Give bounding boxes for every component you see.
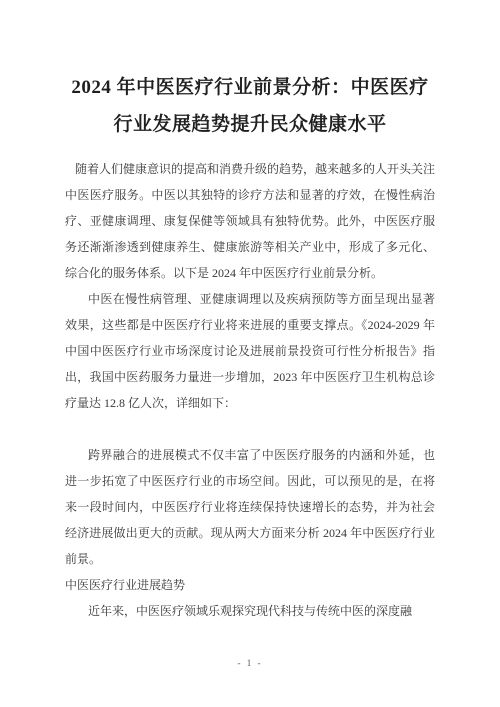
page-title: 2024 年中医医疗行业前景分析：中医医疗 行业发展趋势提升民众健康水平 bbox=[65, 69, 435, 143]
page-title-line-2: 行业发展趋势提升民众健康水平 bbox=[113, 114, 386, 135]
paragraph: 近年来，中医医疗领域乐观探究现代科技与传统中医的深度融 bbox=[65, 598, 435, 624]
paragraph: 跨界融合的进展模式不仅丰富了中医医疗服务的内涵和外延，也进一步拓宽了中医医疗行业… bbox=[65, 442, 435, 572]
page-title-line-1: 2024 年中医医疗行业前景分析：中医医疗 bbox=[71, 77, 428, 98]
paragraph: 随着人们健康意识的提高和消费升级的趋势，越来越多的人开头关注中医医疗服务。中医以… bbox=[65, 156, 435, 286]
document-page: 2024 年中医医疗行业前景分析：中医医疗 行业发展趋势提升民众健康水平 随着人… bbox=[0, 0, 500, 707]
document-body: 随着人们健康意识的提高和消费升级的趋势，越来越多的人开头关注中医医疗服务。中医以… bbox=[65, 156, 435, 624]
section-subheading: 中医医疗行业进展趋势 bbox=[65, 572, 435, 598]
paragraph: 中医在慢性病管理、亚健康调理以及疾病预防等方面呈现出显著效果，这些都是中医医疗行… bbox=[65, 286, 435, 416]
page-number: - 1 - bbox=[0, 657, 500, 669]
